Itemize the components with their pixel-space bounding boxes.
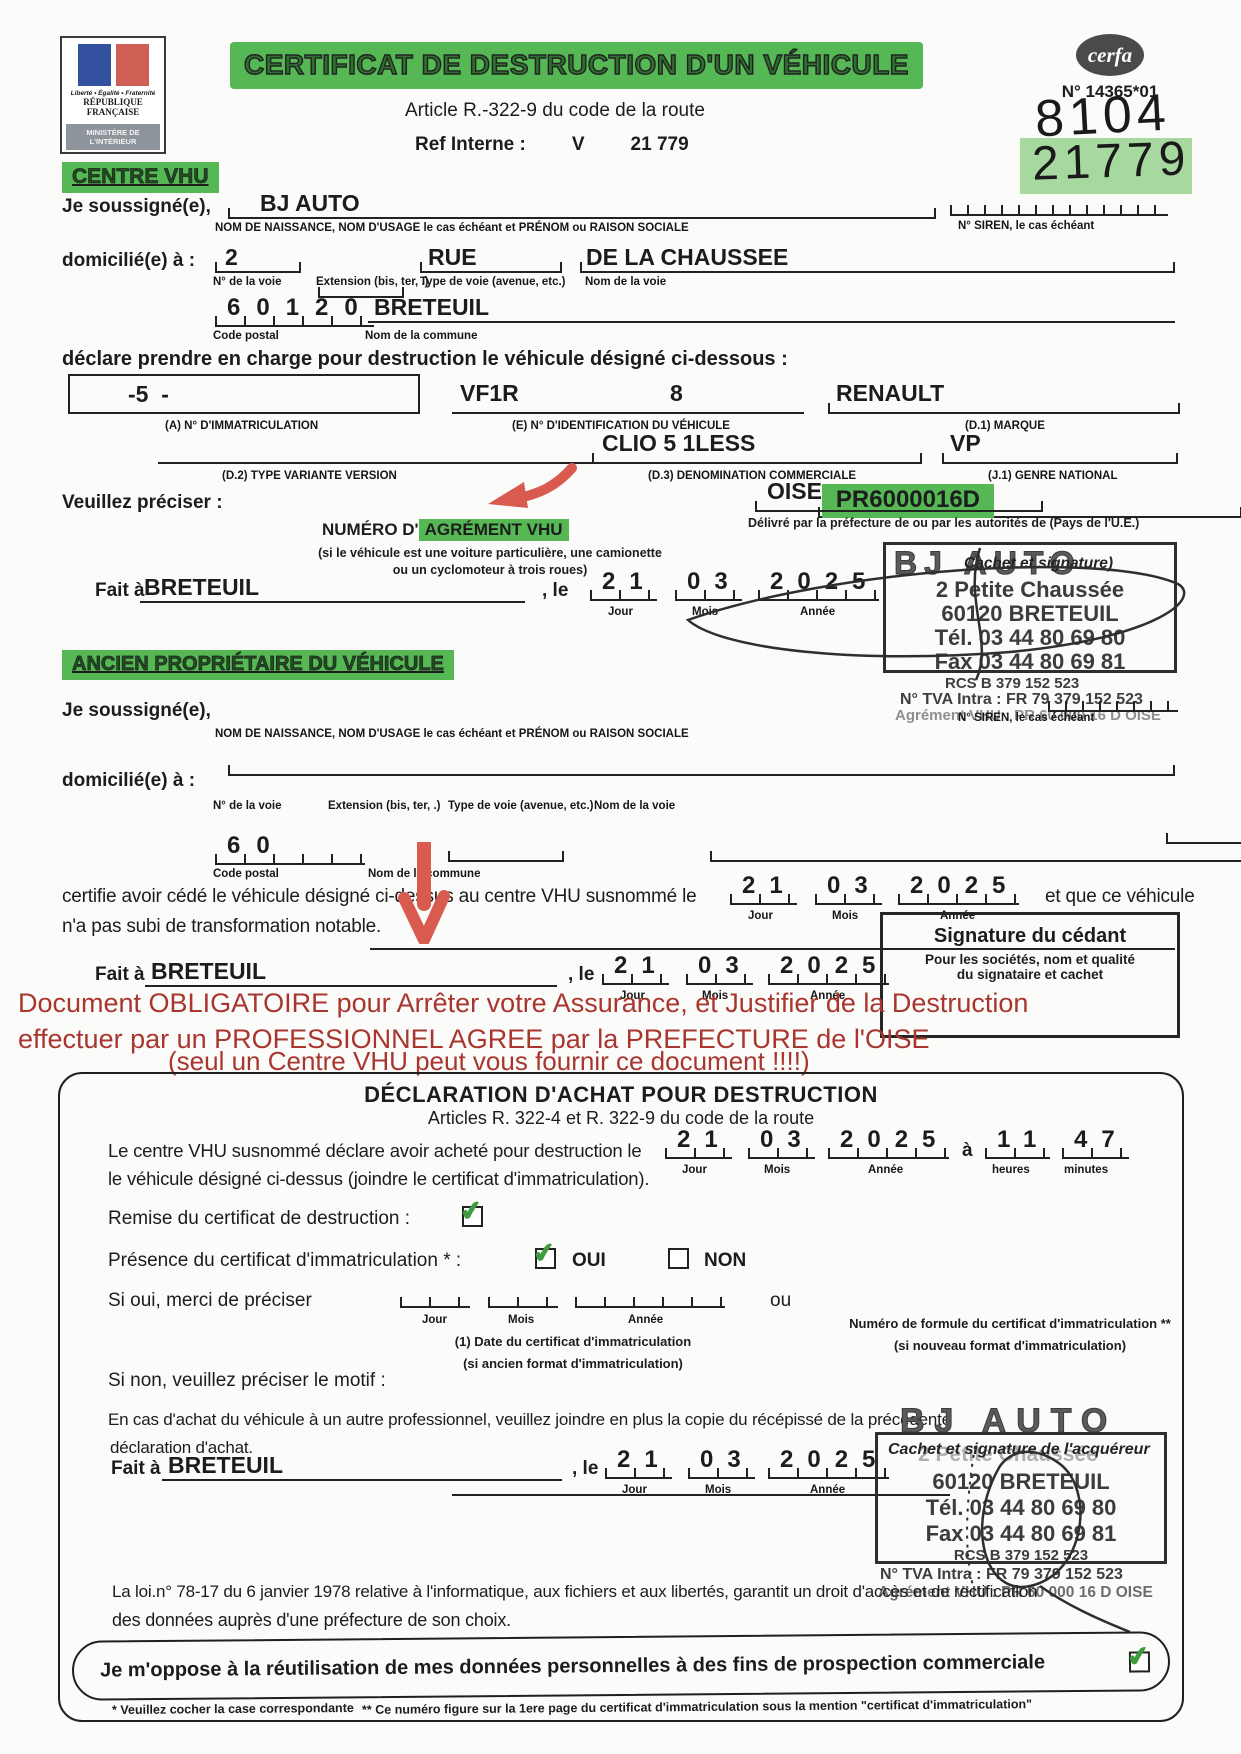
logo-motto: Liberté • Égalité • Fraternité <box>66 90 160 97</box>
cert-date-note-2: (si ancien format d'immatriculation) <box>408 1356 738 1371</box>
commune-field: BRETEUIL <box>368 294 1175 323</box>
annee-label-5: Année <box>810 1484 845 1496</box>
type-voie-field-2 <box>448 860 564 862</box>
cert-date-note-1: (1) Date du certificat d'immatriculation <box>408 1334 738 1349</box>
formule-note: (si nouveau format d'immatriculation) <box>800 1338 1220 1353</box>
formule-label: Numéro de formule du certificat d'immatr… <box>800 1316 1220 1331</box>
jour-label-1: Jour <box>608 606 633 618</box>
date-mois-4: 03 <box>748 1126 815 1159</box>
article-reference: Article R.-322-9 du code de la route <box>405 100 705 122</box>
minutes-label: minutes <box>1064 1164 1108 1176</box>
denomination-label: (D.3) DENOMINATION COMMERCIALE <box>648 470 856 482</box>
date-annee-4: 2025 <box>828 1126 949 1159</box>
le-label-3: , le <box>572 1458 598 1480</box>
commune-label: Nom de la commune <box>365 330 477 342</box>
tvv-label: (D.2) TYPE VARIANTE VERSION <box>222 470 397 482</box>
fait-lieu-field-3: BRETEUIL <box>162 1452 562 1481</box>
num-voie-label-2: N° de la voie <box>213 800 282 812</box>
code-postal-label: Code postal <box>213 330 279 342</box>
certifie-ligne-2: n'a pas subi de transformation notable. <box>62 916 381 938</box>
jour-label-2: Jour <box>748 910 773 922</box>
certifie-suite: et que ce véhicule <box>1045 886 1195 908</box>
nom-voie-field: DE LA CHAUSSEE <box>580 244 1175 273</box>
cert-annee-label: Année <box>628 1314 663 1326</box>
date-jour-4: 21 <box>665 1126 732 1159</box>
presence-label: Présence du certificat d'immatriculation… <box>108 1250 461 1272</box>
si-non-label: Si non, veuillez préciser le motif : <box>108 1370 386 1392</box>
cerfa-logo-text: cerfa <box>1088 43 1132 68</box>
type-voie-label-2: Type de voie (avenue, etc.) <box>448 800 594 812</box>
le-label-2: , le <box>568 964 594 986</box>
time-minutes: 47 <box>1062 1126 1129 1159</box>
type-voie-field: RUE <box>420 244 562 273</box>
marque-value: RENAULT <box>836 380 944 407</box>
a-label: à <box>962 1140 973 1162</box>
scanned-destruction-certificate: Liberté • Égalité • Fraternité RÉPUBLIQU… <box>0 0 1241 1754</box>
fait-lieu-value-3: BRETEUIL <box>162 1452 283 1478</box>
fait-a-label-3: Fait à <box>111 1458 161 1480</box>
domicilie-label: domicilié(e) à : <box>62 250 195 272</box>
je-soussigne-label-2: Je soussigné(e), <box>62 700 211 722</box>
date-jour-5: 21 <box>605 1446 672 1479</box>
extension-label: Extension (bis, ter, .) <box>316 276 428 288</box>
opposition-checkbox: ✔ <box>1129 1651 1150 1672</box>
cert-date-jour-field <box>400 1278 470 1308</box>
nom-voie-label: Nom de la voie <box>585 276 666 288</box>
date-annee-2: 2025 <box>898 872 1019 905</box>
centre-nom-value: BJ AUTO <box>228 190 360 216</box>
jour-label-4: Jour <box>682 1164 707 1176</box>
heures-label: heures <box>992 1164 1030 1176</box>
signature-cedant-title: Signature du cédant <box>883 925 1177 948</box>
cerfa-logo: cerfa <box>1076 34 1144 76</box>
opposition-text: Je m'oppose à la réutilisation de mes do… <box>100 1650 1129 1682</box>
opposition-pill: Je m'oppose à la réutilisation de mes do… <box>72 1631 1170 1701</box>
fait-lieu-field-2: BRETEUIL <box>145 958 557 987</box>
non-label: NON <box>704 1250 746 1272</box>
date-annee-3: 2025 <box>768 952 889 985</box>
remise-check-icon: ✔ <box>458 1195 485 1229</box>
denomination-field: CLIO 5 1LESS <box>592 428 922 464</box>
marque-field: RENAULT <box>828 374 1180 414</box>
tvv-field <box>158 428 653 464</box>
code-postal-label-2: Code postal <box>213 868 279 880</box>
oui-label: OUI <box>572 1250 606 1272</box>
mois-label-4: Mois <box>764 1164 790 1176</box>
achat-ligne-1: Le centre VHU susnommé déclare avoir ach… <box>108 1140 641 1162</box>
fait-lieu-field-1: BRETEUIL <box>140 574 525 603</box>
loi-ligne-2: des données auprès d'une préfecture de s… <box>112 1610 511 1631</box>
vin-debut-value: VF1R <box>460 380 519 407</box>
si-oui-label: Si oui, merci de préciser <box>108 1290 312 1312</box>
prefecture-value: OISE <box>767 478 822 505</box>
prefecture-label: Délivré par la préfecture de ou par les … <box>748 516 1139 530</box>
date-mois-2: 03 <box>815 872 882 905</box>
declaration-title: DÉCLARATION D'ACHAT POUR DESTRUCTION <box>58 1082 1184 1108</box>
voie-numero-field-2 <box>1166 842 1241 844</box>
date-jour-3: 21 <box>602 952 669 985</box>
siren-label-2: N° SIREN, le cas échéant <box>958 712 1094 724</box>
ref-interne-code: V <box>572 134 585 156</box>
date-jour-2: 21 <box>730 872 797 905</box>
signature-cedant-note-1: Pour les sociétés, nom et qualité <box>883 952 1177 967</box>
type-voie-label: Type de voie (avenue, etc.) <box>420 276 566 288</box>
handwritten-number-2-highlight: 21779 <box>1020 138 1192 194</box>
veuillez-preciser-label: Veuillez préciser : <box>62 492 223 514</box>
signature-cedant-box: Signature du cédant Pour les sociétés, n… <box>880 912 1180 1038</box>
le-label-1: , le <box>542 580 568 602</box>
date-mois-5: 03 <box>688 1446 755 1479</box>
footnote-1: * Veuillez cocher la case correspondante <box>112 1701 354 1717</box>
loi-ligne-1: La loi.n° 78-17 du 6 janvier 1978 relati… <box>112 1582 1037 1602</box>
vin-fin-value: 8 <box>670 380 683 407</box>
jour-label-5: Jour <box>622 1484 647 1496</box>
presence-oui-checkbox: ✔ <box>535 1248 556 1271</box>
logo-ministere: MINISTÈRE DE L'INTÉRIEUR <box>66 124 160 150</box>
flag-red-icon <box>116 44 149 86</box>
voie-numero-field: 2 <box>215 244 301 273</box>
annee-label-4: Année <box>868 1164 903 1176</box>
immatriculation-box: -5 - <box>68 374 420 414</box>
genre-value: VP <box>950 430 981 457</box>
remise-checkbox: ✔ <box>462 1206 483 1229</box>
ref-interne-number: 21 779 <box>631 134 689 156</box>
genre-field: VP <box>942 428 1178 464</box>
prefecture-field: OISE <box>755 482 1043 512</box>
ou-label: ou <box>770 1290 791 1312</box>
extension-label-2: Extension (bis, ter, .) <box>328 800 440 812</box>
declare-intro: déclare prendre en charge pour destructi… <box>62 348 788 371</box>
immatriculation-value: -5 - <box>128 381 169 408</box>
cert-jour-label: Jour <box>422 1314 447 1326</box>
flag-blue-icon <box>78 44 111 86</box>
siren-ticks-2 <box>1048 696 1178 712</box>
remise-label: Remise du certificat de destruction : <box>108 1208 410 1230</box>
nom-voie-value: DE LA CHAUSSEE <box>580 244 788 270</box>
date-annee-5: 2025 <box>768 1446 889 1479</box>
page-title: CERTIFICAT DE DESTRUCTION D'UN VÉHICULE <box>230 42 923 89</box>
numero-agrement-highlight: AGRÉMENT VHU <box>419 519 569 541</box>
ancien-nom-field <box>228 774 1175 776</box>
num-voie-label: N° de la voie <box>213 276 282 288</box>
presence-oui-check-icon: ✔ <box>531 1237 558 1271</box>
red-arrow-down-icon <box>398 842 450 944</box>
presence-non-checkbox <box>668 1248 689 1271</box>
domicilie-label-2: domicilié(e) à : <box>62 770 195 792</box>
nom-voie-label-2: Nom de la voie <box>594 800 675 812</box>
logo-republique: RÉPUBLIQUE FRANÇAISE <box>66 97 160 117</box>
agrement-note-1: (si le véhicule est une voiture particul… <box>300 546 680 560</box>
cert-date-mois-field <box>488 1278 558 1308</box>
certifie-ligne-1: certifie avoir cédé le véhicule désigné … <box>62 886 696 908</box>
genre-label: (J.1) GENRE NATIONAL <box>988 470 1118 482</box>
nom-sublabel-2: NOM DE NAISSANCE, NOM D'USAGE le cas éch… <box>215 728 689 740</box>
numero-agrement-prefix: NUMÉRO D' <box>322 520 419 539</box>
section-heading-ancien-proprietaire: ANCIEN PROPRIÉTAIRE DU VÉHICULE <box>62 650 454 680</box>
ref-interne-label: Ref Interne : <box>415 134 526 156</box>
numero-agrement-title: NUMÉRO D'AGRÉMENT VHU <box>322 520 569 540</box>
opposition-check-icon: ✔ <box>1125 1639 1152 1673</box>
nom-sublabel: NOM DE NAISSANCE, NOM D'USAGE le cas éch… <box>215 222 689 234</box>
date-jour-1: 21 <box>590 568 657 601</box>
voie-numero-value: 2 <box>215 244 238 270</box>
fait-lieu-value-1: BRETEUIL <box>140 574 259 600</box>
nom-voie-field-2 <box>710 860 1241 862</box>
signature-scribble-1 <box>680 540 1205 685</box>
vin-field: VF1R 8 <box>452 374 804 414</box>
gov-logo: Liberté • Égalité • Fraternité RÉPUBLIQU… <box>60 36 166 154</box>
je-soussigne-label: Je soussigné(e), <box>62 196 211 218</box>
mois-label-5: Mois <box>705 1484 731 1496</box>
commune-value: BRETEUIL <box>368 294 489 320</box>
cert-date-annee-field <box>575 1278 725 1308</box>
fait-a-label-1: Fait à <box>95 580 145 602</box>
achat-ligne-2: le véhicule désigné ci-dessus (joindre l… <box>108 1168 649 1190</box>
code-postal-field-2: 60 <box>215 832 365 865</box>
siren-label: N° SIREN, le cas échéant <box>958 220 1094 232</box>
mois-label-2: Mois <box>832 910 858 922</box>
code-postal-field: 60120 <box>215 294 374 327</box>
centre-nom-field: BJ AUTO <box>228 190 936 219</box>
type-voie-value: RUE <box>420 244 477 270</box>
fait-lieu-value-2: BRETEUIL <box>145 958 266 984</box>
ref-interne-row: Ref Interne : V 21 779 <box>415 134 689 156</box>
fait-a-label-2: Fait à <box>95 964 145 986</box>
signature-cedant-note-2: du signataire et cachet <box>883 967 1177 982</box>
date-mois-3: 03 <box>686 952 753 985</box>
siren-ticks <box>950 200 1168 216</box>
section-heading-centre-vhu: CENTRE VHU <box>62 162 219 193</box>
red-note-line-1: Document OBLIGATOIRE pour Arrêter votre … <box>18 988 1028 1019</box>
signature-scribble-2 <box>945 1436 1165 1636</box>
time-heures: 11 <box>985 1126 1050 1159</box>
red-arrow-left-icon <box>480 462 580 514</box>
cert-mois-label: Mois <box>508 1314 534 1326</box>
handwritten-number-2: 21779 <box>1031 131 1191 191</box>
denomination-value: CLIO 5 1LESS <box>602 430 755 457</box>
achat-pro-ligne-1: En cas d'achat du véhicule à un autre pr… <box>108 1410 951 1430</box>
